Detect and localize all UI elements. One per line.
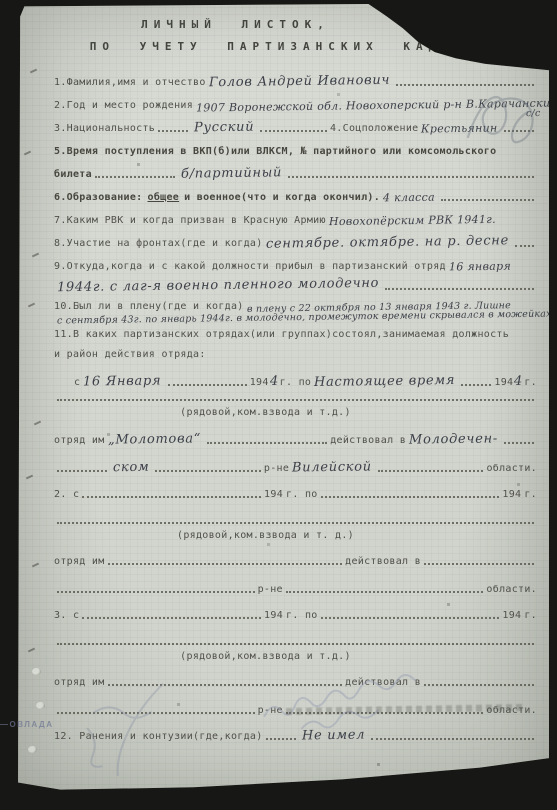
field-8-row: 8.Участие на фронтах(где и когда) сентяб…: [54, 226, 537, 249]
entry-2-unit-label: отряд им: [54, 556, 105, 568]
entry-2-year-1: 194: [264, 489, 283, 501]
field-6-value: 4 класса: [383, 192, 435, 204]
dotted-leader: [378, 469, 483, 472]
entry-1-acted-label: действовал в: [330, 435, 406, 447]
field-3-value: Русский: [194, 121, 254, 135]
dotted-leader: [504, 441, 534, 444]
field-7-row: 7.Каким РВК и когда призван в Красную Ар…: [54, 203, 537, 226]
dotted-leader: [321, 495, 500, 498]
field-5-label-2: билета: [54, 169, 92, 181]
pencil-check-icon: ✓: [501, 47, 516, 67]
entry-2-oblast-label: области.: [486, 584, 537, 596]
service-hint-3: (рядовой,ком.взвода и т.д.): [180, 651, 351, 663]
field-5-label: 5.Время поступления в ВКП(б)или ВЛКСМ, №…: [54, 146, 496, 158]
entry-2-year-2: 194: [502, 489, 521, 501]
field-1-label: 1.Фамилия,имя и отчество: [54, 77, 206, 89]
document-title-line1: ЛИЧНЫЙ ЛИСТОК,: [54, 18, 417, 31]
dotted-leader: [396, 83, 534, 86]
punch-hole: [32, 668, 41, 675]
entry-1-prefix: с: [74, 377, 80, 389]
margin-tick: [32, 253, 39, 258]
dotted-leader: [108, 562, 343, 565]
field-3-label: 3.Национальность: [54, 123, 155, 135]
dotted-leader: [95, 175, 175, 178]
service-entry-1-dates-row: с 16 Января 194 4 г. по Настоящее время …: [54, 360, 537, 388]
entry-1-oblast-value: Вилейской: [292, 460, 372, 474]
service-entry-3-unit-row: отряд им действовал в: [54, 662, 537, 688]
service-entry-1-unit-row: отряд им „Молотова“ действовал в Молодеч…: [54, 418, 537, 446]
field-1-value: Голов Андрей Иванович: [209, 74, 390, 90]
field-1-row: 1.Фамилия,имя и отчество Голов Андрей Ив…: [54, 65, 537, 88]
document-content: ЛИЧНЫЙ ЛИСТОК, ПО УЧЕТУ ПАРТИЗАНСКИХ КАД…: [54, 12, 537, 742]
entry-3-gpo: г. по: [286, 610, 318, 622]
service-entry-3-dates-row: 3. с 194 г. по 194 г.: [54, 595, 537, 621]
left-edge-stamp: —ОВЛАДА: [0, 720, 53, 729]
entry-1-gpo: г. по: [280, 377, 312, 389]
scanned-document-photo: { "title": { "line1": "ЛИЧНЫЙ ЛИСТОК,", …: [0, 0, 557, 810]
entry-3-unit-label: отряд им: [54, 677, 105, 689]
field-5-value: б/партийный: [181, 166, 282, 180]
field-6-row: 6.Образование: общее и военное(что и ког…: [54, 180, 537, 203]
margin-tick: [30, 69, 37, 74]
punch-hole: [28, 746, 37, 753]
field-11-row-1: 11.В каких партизанских отрядах(или груп…: [54, 322, 537, 340]
entry-1-oblast-label: области.: [486, 463, 537, 475]
field-6-label-underlined: общее: [148, 192, 180, 204]
dotted-leader: [57, 521, 534, 524]
service-hint-1: (рядовой,ком.взвода и т.д.): [180, 407, 351, 419]
service-entry-1-region-row: ском р-не Вилейской области.: [54, 446, 537, 474]
dotted-leader: [461, 383, 491, 386]
dotted-leader: [155, 469, 260, 472]
dotted-leader: [207, 441, 328, 444]
field-11-label-1: 11.В каких партизанских отрядах(или груп…: [54, 329, 509, 341]
dotted-leader: [288, 175, 534, 178]
field-7-label: 7.Каким РВК и когда призван в Красную Ар…: [54, 215, 326, 227]
entry-3-year-1: 194: [264, 610, 283, 622]
entry-3-year-2: 194: [502, 610, 521, 622]
margin-tick: [28, 648, 35, 653]
dotted-leader: [321, 616, 500, 619]
entry-3-district-label: р-не: [258, 705, 283, 717]
dotted-leader: [424, 562, 534, 565]
dotted-separator-row: [54, 621, 537, 647]
entry-1-year-printed-2: 194: [494, 377, 513, 389]
entry-2-district-label: р-не: [258, 584, 283, 596]
entry-2-g: г.: [524, 489, 537, 501]
field-11-row-2: и район действия отряда:: [54, 340, 537, 360]
document-title-line2: ПО УЧЕТУ ПАРТИЗАНСКИХ КАД: [54, 40, 477, 53]
field-6-label-post: и военное(что и когда окончил).: [184, 192, 380, 204]
entry-1-year-printed-1: 194: [250, 377, 269, 389]
margin-tick: [34, 421, 41, 426]
dotted-leader: [82, 616, 261, 619]
dotted-leader: [57, 711, 255, 714]
field-8-label: 8.Участие на фронтах(где и когда): [54, 238, 263, 250]
field-9-row-2: 1944г. с лаг-я военно пленного молодечно: [54, 272, 537, 292]
field-12-value: Не имел: [301, 729, 364, 743]
dotted-leader: [57, 469, 107, 472]
dotted-leader: [168, 383, 247, 386]
field-9-value-1: 16 января: [449, 261, 511, 273]
dotted-separator-row: [54, 388, 537, 403]
dotted-leader: [57, 642, 534, 645]
entry-3-g: г.: [524, 610, 537, 622]
dotted-leader: [515, 244, 534, 247]
field-11-label-2: и район действия отряда:: [54, 349, 206, 361]
dotted-leader: [57, 398, 534, 401]
margin-tick: [28, 303, 35, 308]
service-entry-2-unit-row: отряд им действовал в: [54, 541, 537, 567]
paper-specks: [18, 4, 19, 5]
entry-2-acted-label: действовал в: [345, 556, 421, 568]
entry-1-date-to: Настоящее время: [314, 374, 455, 389]
entry-2-prefix: 2. с: [54, 489, 79, 501]
dotted-leader: [424, 683, 534, 686]
entry-1-year-hand-1: 4: [270, 375, 279, 388]
field-4-value: Крестьянин: [421, 122, 498, 134]
dotted-leader: [441, 198, 534, 201]
entry-3-acted-label: действовал в: [345, 677, 421, 689]
service-hint-2: (рядовой,ком.взвода и т. д.): [177, 530, 354, 542]
field-12-row: 12. Ранения и контузии(где,когда) Не име…: [54, 716, 537, 742]
field-3-4-row: 3.Национальность Русский 4.Соцположение …: [54, 111, 537, 134]
margin-tick: [32, 563, 39, 568]
field-2-label: 2.Год и место рождения: [54, 100, 193, 112]
service-hint-2-row: (рядовой,ком.взвода и т. д.): [54, 526, 537, 541]
field-9-label: 9.Откуда,когда и с какой должности прибы…: [54, 261, 446, 273]
dotted-leader: [266, 737, 296, 740]
service-hint-1-row: (рядовой,ком.взвода и т.д.): [54, 403, 537, 418]
punch-hole: [36, 702, 45, 709]
entry-1-acted-value-1: Молодечен-: [409, 432, 498, 446]
dotted-leader: [57, 590, 255, 593]
entry-3-prefix: 3. с: [54, 610, 79, 622]
service-hint-3-row: (рядовой,ком.взвода и т.д.): [54, 647, 537, 662]
field-12-label: 12. Ранения и контузии(где,когда): [54, 731, 263, 743]
entry-1-district-label: р-не: [264, 463, 289, 475]
dotted-leader: [108, 683, 343, 686]
field-4-label: 4.Соцположение: [330, 123, 419, 135]
entry-1-g: г.: [524, 377, 537, 389]
dotted-leader: [82, 495, 261, 498]
dotted-leader: [371, 737, 534, 740]
margin-tick: [26, 475, 33, 480]
dotted-leader: [158, 129, 188, 132]
entry-1-year-hand-2: 4: [514, 375, 523, 388]
margin-tick: [24, 151, 31, 156]
service-entry-2-region-row: р-не области.: [54, 567, 537, 595]
entry-2-gpo: г. по: [286, 489, 318, 501]
document-sheet: ЛИЧНЫЙ ЛИСТОК, ПО УЧЕТУ ПАРТИЗАНСКИХ КАД…: [18, 4, 549, 792]
entry-1-acted-value-2: ском: [113, 461, 150, 475]
entry-1-unit-label: отряд им: [54, 435, 105, 447]
dotted-leader: [286, 590, 484, 593]
dotted-separator-row: [54, 500, 537, 526]
dotted-leader: [504, 129, 534, 132]
field-10-label: 10.Был ли в плену(где и когда): [54, 301, 244, 313]
field-5-row-2: билета б/партийный: [54, 157, 537, 180]
dotted-leader: [385, 287, 534, 290]
service-entry-2-dates-row: 2. с 194 г. по 194 г.: [54, 474, 537, 500]
field-5-row-1: 5.Время поступления в ВКП(б)или ВЛКСМ, №…: [54, 134, 537, 157]
entry-1-date-from: 16 Января: [83, 374, 161, 388]
dotted-leader: [260, 129, 327, 132]
field-6-label-pre: 6.Образование:: [54, 192, 143, 204]
field-10-row: 10.Был ли в плену(где и когда) в плену с…: [54, 292, 537, 322]
field-2-row: 2.Год и место рождения 1907 Воронежской …: [54, 88, 537, 111]
field-9-row-1: 9.Откуда,когда и с какой должности прибы…: [54, 249, 537, 272]
entry-1-unit-value: „Молотова“: [107, 432, 200, 446]
